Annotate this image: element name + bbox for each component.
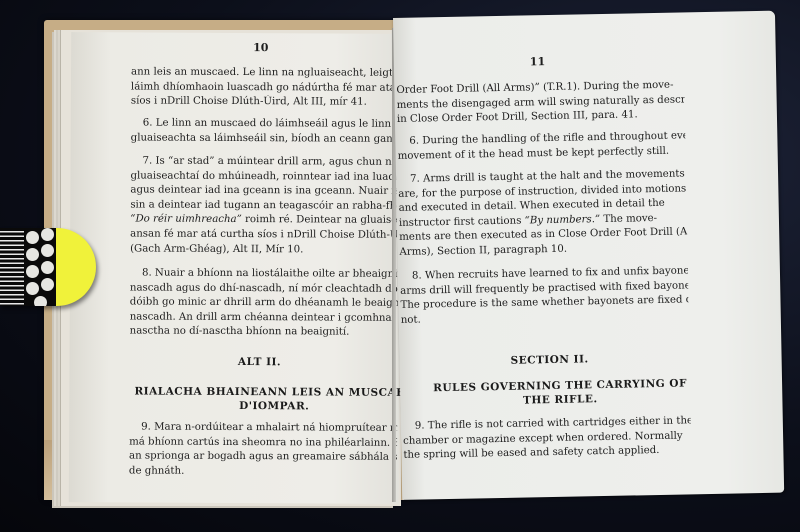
text-line: an sprionga ar bogadh agus an greamaire … <box>129 450 397 466</box>
right-section-title-2: THE RIFLE. <box>490 392 630 409</box>
text-line: agus deintear iad ina gceann is ina gcea… <box>130 184 398 200</box>
left-page: 10 ann leis an muscaed. Le linn na nglua… <box>69 32 401 504</box>
right-page: 11 Order Foot Drill (All Arms)” (T.R.1).… <box>393 11 784 500</box>
right-section-label: SECTION II. <box>489 352 609 369</box>
page-number-left: 10 <box>253 41 268 56</box>
text-line: de ghnáth. <box>129 464 397 480</box>
left-section-title-1: RIALACHA BHAINEANN LEIS AN MUSCAED <box>129 384 419 400</box>
left-paragraph-7: 7. Is “ar stad” a múintear drill arm, ag… <box>130 154 399 258</box>
text-line: ann leis an muscaed. Le linn na ngluaise… <box>131 65 399 81</box>
text-line: nasctha no dí-nasctha bhíonn na beaignit… <box>130 325 398 341</box>
bookmark-clip <box>0 228 96 306</box>
left-section-label: ALT II. <box>189 355 329 370</box>
left-paragraph-8: 8. Nuair a bhíonn na liostálaithe oilte … <box>130 266 398 340</box>
text-line: 6. Le linn an muscaed do láimhseáil agus… <box>131 116 399 132</box>
text-line: 8. Nuair a bhíonn na liostálaithe oilte … <box>130 266 398 282</box>
text-line: “Do réir uimhreacha” roimh ré. Deintear … <box>130 213 398 229</box>
text-line: 7. Is “ar stad” a múintear drill arm, ag… <box>131 154 399 170</box>
left-paragraph-9: 9. Mara n-ordúitear a mhalairt ná hiompr… <box>129 420 397 480</box>
text-line: gluaiseachta sa láimhseáil sin, bíodh an… <box>131 131 399 147</box>
left-paragraph-5: ann leis an muscaed. Le linn na ngluaise… <box>131 65 399 110</box>
text-line: má bhíonn cartús ina sheomra no ina phil… <box>129 435 397 451</box>
text-line: 9. Mara n-ordúitear a mhalairt ná hiompr… <box>129 420 397 436</box>
text-line: dóibh go minic ar dhrill arm do dhéanamh… <box>130 296 398 312</box>
right-paragraph-6: 6. During the handling of the rifle and … <box>397 129 686 164</box>
text-line: ansan fé mar atá curtha síos i nDrill Ch… <box>130 227 398 243</box>
left-section-title-2: D'IOMPAR. <box>189 399 359 414</box>
text-line: nascadh agus do dhí-nascadh, ní mór clea… <box>130 281 398 297</box>
right-paragraph-9: 9. The rifle is not carried with cartrid… <box>403 414 692 463</box>
page-number-right: 11 <box>530 55 546 70</box>
right-paragraph-8: 8. When recruits have learned to fix and… <box>400 264 689 328</box>
right-paragraph-5: Order Foot Drill (All Arms)” (T.R.1). Du… <box>396 78 685 127</box>
right-paragraph-7: 7. Arms drill is taught at the halt and … <box>398 167 688 260</box>
striped-bars-pattern <box>0 228 24 306</box>
text-line: nascadh. An drill arm chéanna deintear i… <box>130 310 398 326</box>
text-line: gluaiseachtaí do mhúineadh, roinntear ia… <box>130 169 398 185</box>
polka-dot-pattern <box>24 228 56 306</box>
text-line: síos i nDrill Choise Dlúth-Úird, Alt III… <box>131 95 399 111</box>
left-paragraph-6: 6. Le linn an muscaed do láimhseáil agus… <box>131 116 399 147</box>
text-line: láimh dhíomhaoin luascadh go nádúrtha fé… <box>131 80 399 96</box>
text-line: (Gach Arm-Ghéag), Alt II, Mír 10. <box>130 242 398 258</box>
text-line: sin a deintear iad tugann an teagascóir … <box>130 198 398 214</box>
